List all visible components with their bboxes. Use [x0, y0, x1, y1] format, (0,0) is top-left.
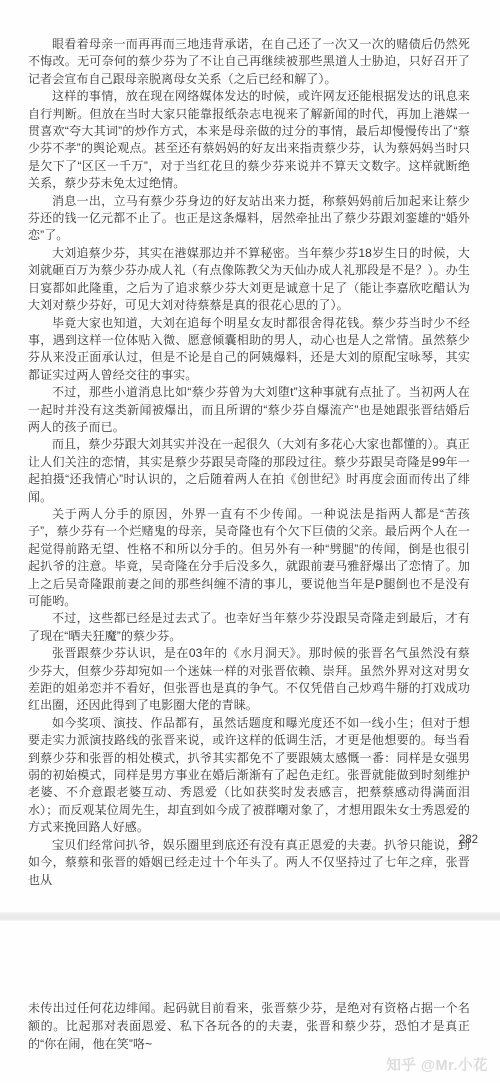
- paragraph: 而且，蔡少芬跟大刘其实并没在一起很久（大刘有多花心大家也都懂的）。真正让人们关注…: [28, 436, 470, 506]
- paragraph: 如今奖项、演技、作品都有，虽然话题度和曝光度还不如一线小生；但对于想要走实力派演…: [28, 715, 470, 837]
- paragraph: 毕竟大家也知道，大刘在追每个明星女友时都很舍得花钱。蔡少芬当时少不经事，遇到这样…: [28, 315, 470, 385]
- article-body: 眼看着母亲一而再再而三地违背承诺，在自己还了一次又一次的赌债后仍然死不悔改。无可…: [28, 36, 470, 889]
- watermark: 知乎 @Mr.小花: [386, 1054, 488, 1075]
- page-divider: [0, 912, 500, 921]
- paragraph: 不过，那些小道消息比如“蔡少芬曾为大刘堕t”这种事就有点扯了。当初两人在一起时并…: [28, 384, 470, 436]
- paragraph: 不过，这些都已经是过去式了。也幸好当年蔡少芬没跟吴奇隆走到最后，才有了现在“晒夫…: [28, 610, 470, 645]
- continuation-text: 未传出过任何花边绯闻。起码就目前看来，张晋蔡少芬，是绝对有资格占据一个名额的。比…: [28, 999, 470, 1053]
- paragraph: 眼看着母亲一而再再而三地违背承诺，在自己还了一次又一次的赌债后仍然死不悔改。无可…: [28, 36, 470, 88]
- continuation-block: 未传出过任何花边绯闻。起码就目前看来，张晋蔡少芬，是绝对有资格占据一个名额的。比…: [28, 999, 470, 1053]
- paragraph: 宝贝们经常问扒爷，娱乐圈里到底还有没有真正恩爱的夫妻。扒爷只能说，到如今，蔡蔡和…: [28, 837, 470, 889]
- paragraph: 关于两人分手的原因，外界一直有不少传闻。一种说法是指两人都是“苦孩子”，蔡少芬有…: [28, 506, 470, 610]
- paragraph: 这样的事情，放在现在网络媒体发达的时候，或许网友还能根据发达的讯息来自行判断。但…: [28, 88, 470, 192]
- paragraph: 张晋跟蔡少芬认识，是在03年的《水月洞天》。那时候的张晋名气虽然没有蔡少芬大，但…: [28, 645, 470, 715]
- paragraph: 大刘追蔡少芬，其实在港媒那边并不算秘密。当年蔡少芬18岁生日的时候，大刘就砸百万…: [28, 245, 470, 315]
- paragraph: 消息一出，立马有蔡少芬身边的好友站出来力挺，称蔡妈妈前后加起来让蔡少芬还的钱一亿…: [28, 193, 470, 245]
- page-number: 282: [459, 834, 478, 846]
- scanned-page: 眼看着母亲一而再再而三地违背承诺，在自己还了一次又一次的赌债后仍然死不悔改。无可…: [0, 0, 500, 1083]
